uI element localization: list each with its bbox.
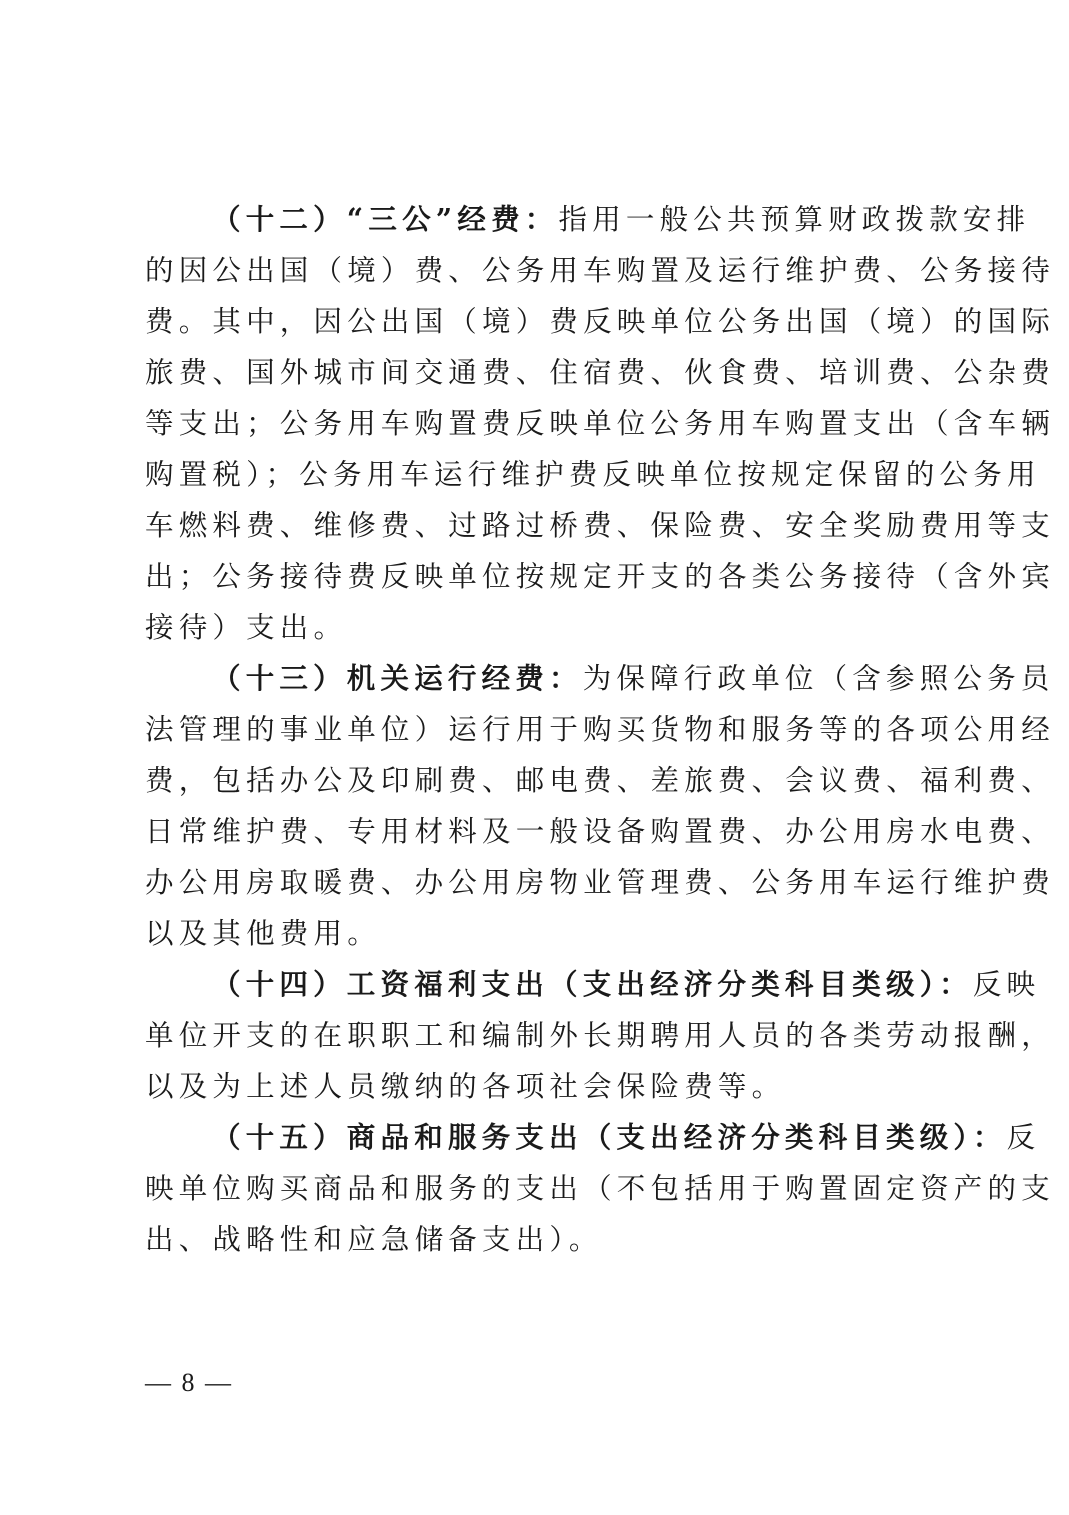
text-line: 出、战略性和应急储备支出）。 [145,1214,925,1265]
paragraph-thirteen-line-1: （十三）机关运行经费：为保障行政单位（含参照公务员 [145,653,925,704]
section-heading-twelve: （十二）“三公”经费： [212,202,559,236]
text-line: 接待）支出。 [145,602,925,653]
paragraph-fifteen-line-1: （十五）商品和服务支出（支出经济分类科目类级）：反 [145,1112,925,1163]
text-line: 旅费、国外城市间交通费、住宿费、伙食费、培训费、公杂费 [145,347,925,398]
text-line: 车燃料费、维修费、过路过桥费、保险费、安全奖励费用等支 [145,500,925,551]
text-line: 购置税）；公务用车运行维护费反映单位按规定保留的公务用 [145,449,925,500]
text-line: 以及为上述人员缴纳的各项社会保险费等。 [145,1061,925,1112]
text-line: 出；公务接待费反映单位按规定开支的各类公务接待（含外宾 [145,551,925,602]
text-line: 法管理的事业单位）运行用于购买货物和服务等的各项公用经 [145,704,925,755]
body-text: （十二）“三公”经费：指用一般公共预算财政拨款安排 的因公出国（境）费、公务用车… [145,194,925,1265]
document-page: （十二）“三公”经费：指用一般公共预算财政拨款安排 的因公出国（境）费、公务用车… [0,0,1069,1515]
text-line: 映单位购买商品和服务的支出（不包括用于购置固定资产的支 [145,1163,925,1214]
text-line: 以及其他费用。 [145,908,925,959]
text-line: 费。其中，因公出国（境）费反映单位公务出国（境）的国际 [145,296,925,347]
paragraph-twelve-line-1: （十二）“三公”经费：指用一般公共预算财政拨款安排 [145,194,925,245]
section-heading-fourteen: （十四）工资福利支出（支出经济分类科目类级）： [212,967,973,1001]
text-line: 费，包括办公及印刷费、邮电费、差旅费、会议费、福利费、 [145,755,925,806]
text-line: 的因公出国（境）费、公务用车购置及运行维护费、公务接待 [145,245,925,296]
paragraph-fourteen-line-1: （十四）工资福利支出（支出经济分类科目类级）：反映 [145,959,925,1010]
text-line: 办公用房取暖费、办公用房物业管理费、公务用车运行维护费 [145,857,925,908]
section-heading-thirteen: （十三）机关运行经费： [212,661,583,695]
text-line: 日常维护费、专用材料及一般设备购置费、办公用房水电费、 [145,806,925,857]
section-heading-fifteen: （十五）商品和服务支出（支出经济分类科目类级）： [212,1120,1007,1154]
page-number: — 8 — [145,1368,233,1398]
text-line: 等支出；公务用车购置费反映单位公务用车购置支出（含车辆 [145,398,925,449]
text-line: 单位开支的在职职工和编制外长期聘用人员的各类劳动报酬， [145,1010,925,1061]
